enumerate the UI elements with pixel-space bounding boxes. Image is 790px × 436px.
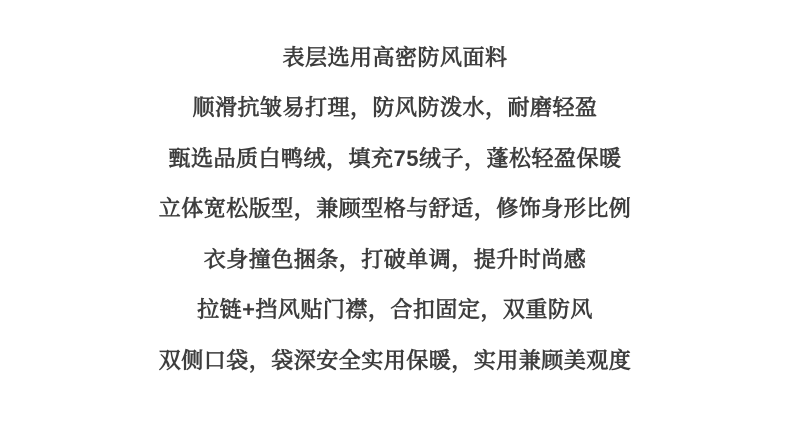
feature-line-fabric: 表层选用高密防风面料 [282, 31, 507, 82]
feature-line-down-fill: 甄选品质白鸭绒，填充75绒子，蓬松轻盈保暖 [169, 132, 622, 183]
feature-line-contrast-piping: 衣身撞色捆条，打破单调，提升时尚感 [204, 233, 587, 284]
feature-line-loose-fit: 立体宽松版型，兼顾型格与舒适，修饰身形比例 [159, 183, 632, 234]
feature-line-surface: 顺滑抗皱易打理，防风防泼水，耐磨轻盈 [192, 82, 597, 133]
product-feature-list: 表层选用高密防风面料 顺滑抗皱易打理，防风防泼水，耐磨轻盈 甄选品质白鸭绒，填充… [0, 0, 790, 436]
feature-line-zipper-placket: 拉链+挡风贴门襟，合扣固定，双重防风 [197, 284, 593, 335]
feature-line-pockets: 双侧口袋，袋深安全实用保暖，实用兼顾美观度 [159, 334, 632, 385]
